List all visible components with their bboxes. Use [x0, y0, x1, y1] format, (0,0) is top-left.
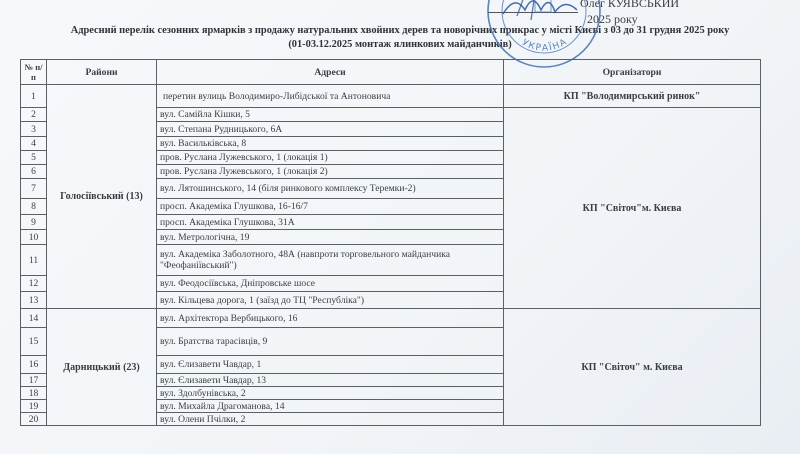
row-num: 14: [21, 309, 47, 328]
row-num: 4: [21, 137, 47, 151]
address-cell: вул. Васильківська, 8: [157, 137, 504, 151]
row-num: 13: [21, 292, 47, 309]
header-address: Адреси: [157, 60, 504, 85]
row-num: 11: [21, 245, 47, 276]
signatory-name: Олег КУЯВСЬКИЙ: [580, 0, 679, 11]
district-cell: Дарницький (23): [47, 309, 157, 426]
address-cell: вул. Михайла Драгоманова, 14: [157, 400, 504, 413]
address-cell: вул. Кільцева дорога, 1 (заїзд до ТЦ "Ре…: [157, 292, 504, 309]
district-cell: Голосіївський (13): [47, 85, 157, 309]
row-num: 9: [21, 215, 47, 230]
address-cell: вул. Олени Пчілки, 2: [157, 413, 504, 426]
address-cell: пров. Руслана Лужевського, 1 (локація 2): [157, 165, 504, 179]
row-num: 5: [21, 151, 47, 165]
row-num: 17: [21, 374, 47, 387]
address-cell: вул. Архітектора Вербицького, 16: [157, 309, 504, 328]
address-cell: пров. Руслана Лужевського, 1 (локація 1): [157, 151, 504, 165]
row-num: 15: [21, 328, 47, 356]
table-row: 1 Голосіївський (13) перетин вулиць Воло…: [21, 85, 761, 108]
fairs-table: № п/п Райони Адреси Організатори 1 Голос…: [20, 59, 761, 426]
address-cell: вул. Самійла Кішки, 5: [157, 108, 504, 122]
row-num: 7: [21, 179, 47, 199]
organizer-cell: КП "Світоч" м. Києва: [504, 309, 761, 426]
address-cell: вул. Братства тарасівців, 9: [157, 328, 504, 356]
table-row: 14 Дарницький (23) вул. Архітектора Верб…: [21, 309, 761, 328]
address-cell: вул. Єлизавети Чавдар, 13: [157, 374, 504, 387]
row-num: 10: [21, 230, 47, 245]
row-num: 6: [21, 165, 47, 179]
row-num: 3: [21, 122, 47, 137]
table-header-row: № п/п Райони Адреси Організатори: [21, 60, 761, 85]
row-num: 20: [21, 413, 47, 426]
row-num: 19: [21, 400, 47, 413]
row-num: 8: [21, 199, 47, 215]
address-cell: вул. Феодосіївська, Дніпровське шосе: [157, 276, 504, 292]
address-cell: вул. Степана Рудницького, 6А: [157, 122, 504, 137]
address-cell: вул. Лятошинського, 14 (біля ринкового к…: [157, 179, 504, 199]
address-cell: вул. Єлизавети Чавдар, 1: [157, 356, 504, 374]
row-num: 1: [21, 85, 47, 108]
row-num: 12: [21, 276, 47, 292]
organizer-cell: КП "Володимирський ринок": [504, 85, 761, 108]
row-num: 18: [21, 387, 47, 400]
document-subtitle: (01-03.12.2025 монтаж ялинкових майданчи…: [0, 39, 800, 50]
row-num: 16: [21, 356, 47, 374]
document-title: Адресний перелік сезонних ярмарків з про…: [0, 25, 800, 36]
header-organizer: Організатори: [504, 60, 761, 85]
address-cell: вул. Здолбунівська, 2: [157, 387, 504, 400]
header-num: № п/п: [21, 60, 47, 85]
header-district: Райони: [47, 60, 157, 85]
address-cell: просп. Академіка Глушкова, 16-16/7: [157, 199, 504, 215]
signature-line: [488, 12, 578, 13]
address-cell: перетин вулиць Володимиро-Либідської та …: [157, 85, 504, 108]
organizer-cell: КП "Світоч"м. Києва: [504, 108, 761, 309]
address-cell: вул. Академіка Заболотного, 48А (навпрот…: [157, 245, 504, 276]
row-num: 2: [21, 108, 47, 122]
address-cell: просп. Академіка Глушкова, 31А: [157, 215, 504, 230]
address-cell: вул. Метрологічна, 19: [157, 230, 504, 245]
